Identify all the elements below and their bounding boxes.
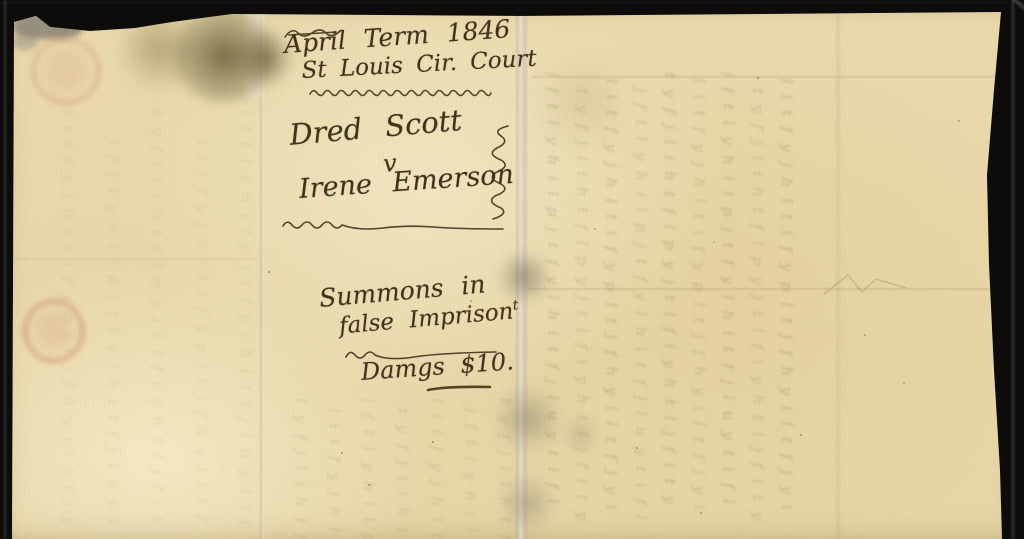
bleed-through-column: j f t l y h i l p j t f y l h i t f j l … <box>360 398 378 539</box>
bleed-through-column: j f t l y h i l p j t f y l h i t f j l … <box>462 408 480 539</box>
bleed-through-column: t y f j l i h t f l p y j t l f i y h t … <box>661 72 679 539</box>
bleed-through-text: j f t l y h i l p j t f y l h i t f j l … <box>544 72 796 539</box>
bleed-through-column: j f t l y h i l p j t f y l h i t f j l … <box>720 72 738 539</box>
bleed-through-column: l i t f y j h l t i f y p l t j f h y i … <box>326 408 344 539</box>
overwrite-scribble <box>282 24 344 44</box>
bleed-through-column: j f t l y h i l p j t f y l h i t f j l … <box>632 88 650 539</box>
bleed-through-column: l i t f y j h l t i f y p l t j f h y i … <box>778 79 796 539</box>
bleed-through-column: t y f j l i h t f l p y j t l f i y h t … <box>573 88 591 539</box>
bleed-through-text: l i t f y j h l t i f y p l t j f h y i … <box>60 110 255 530</box>
flourish-underline-filing <box>342 344 502 366</box>
bleed-through-column: j f t l y h i l p j t f y l h i t f j l … <box>237 110 255 530</box>
bleed-through-column: t y f j l i h t f l p y j t l f i y h t … <box>496 398 514 539</box>
frame-reflection-top <box>0 2 1024 3</box>
bleed-through-column: l i t f y j h l t i f y p l t j f h y i … <box>60 110 78 530</box>
scanned-document: j f t l y h i l p j t f y l h i t f j l … <box>0 0 1024 539</box>
bleed-through-column: l i t f y j h l t i f y p l t j f h y i … <box>690 79 708 539</box>
case-brace-squiggle <box>484 124 512 222</box>
pencil-mark <box>818 266 918 306</box>
bleed-through-column: t y f j l i h t f l p y j t l f i y h t … <box>149 110 167 530</box>
flourish-underline-court <box>308 86 494 100</box>
frame-reflection-left <box>4 0 6 539</box>
bleed-through-column: l i t f y j h l t i f y p l t j f h y i … <box>193 140 211 530</box>
bleed-through-column: j f t l y h i l p j t f y l h i t f j l … <box>544 72 562 539</box>
flourish-underline-case <box>281 216 507 236</box>
damages-underline <box>426 383 494 393</box>
bleed-through-column: t y f j l i h t f l p y j t l f i y h t … <box>394 408 412 539</box>
bleed-through-column: l i t f y j h l t i f y p l t j f h y i … <box>603 79 621 539</box>
bleed-through-column: t y f j l i h t f l p y j t l f i y h t … <box>749 88 767 539</box>
edge-stain-gray <box>12 34 38 50</box>
bleed-through-text: t y f j l i h t f l p y j t l f i y h t … <box>292 398 514 539</box>
document-paper: j f t l y h i l p j t f y l h i t f j l … <box>0 0 1024 539</box>
bleed-through-column: t y f j l i h t f l p y j t l f i y h t … <box>292 398 310 539</box>
frame-reflection-right <box>1012 0 1014 539</box>
bleed-through-column: l i t f y j h l t i f y p l t j f h y i … <box>428 398 446 539</box>
bleed-through-column: j f t l y h i l p j t f y l h i t f j l … <box>104 140 122 530</box>
archival-stamp <box>30 36 102 106</box>
